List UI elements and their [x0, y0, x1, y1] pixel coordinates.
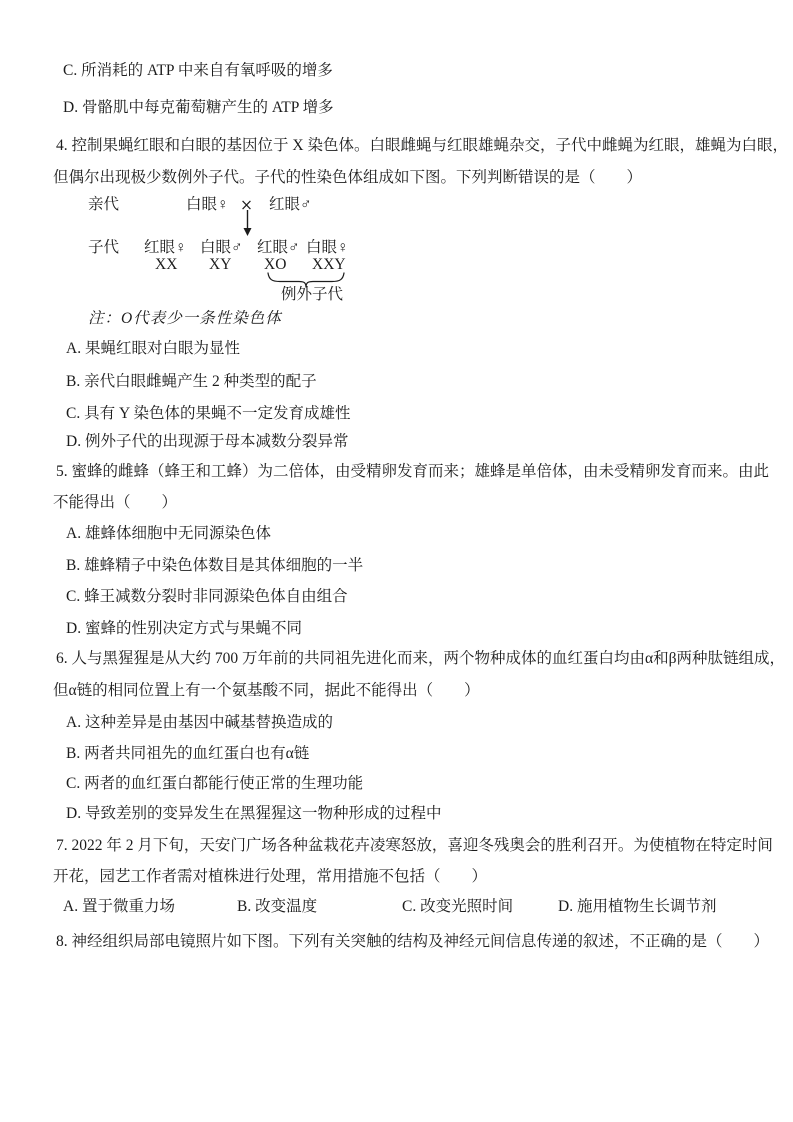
- q8-stem-line-1: 8. 神经组织局部电镜照片如下图。下列有关突触的结构及神经元间信息传递的叙述，不…: [56, 932, 769, 952]
- parent-male: 红眼♂: [269, 195, 312, 215]
- q7-stem-line-1: 7. 2022 年 2 月下旬，天安门广场各种盆栽花卉凌寒怒放，喜迎冬残奥会的胜…: [56, 836, 773, 856]
- q6-option-c: C. 两者的血红蛋白都能行使正常的生理功能: [66, 774, 363, 794]
- q5-option-b: B. 雄蜂精子中染色体数目是其体细胞的一半: [66, 556, 363, 576]
- q5-stem-line-1: 5. 蜜蜂的雌蜂（蜂王和工蜂）为二倍体，由受精卵发育而来；雄蜂是单倍体，由未受精…: [56, 462, 769, 482]
- exam-page: C. 所消耗的 ATP 中来自有氧呼吸的增多 D. 骨骼肌中每克葡萄糖产生的 A…: [0, 0, 793, 1122]
- offspring-karyotype-1: XX: [155, 255, 177, 275]
- q3-option-d: D. 骨骼肌中每克葡萄糖产生的 ATP 增多: [63, 98, 334, 118]
- q4-option-a: A. 果蝇红眼对白眼为显性: [66, 339, 240, 359]
- q7-option-b: B. 改变温度: [237, 897, 317, 917]
- offspring-karyotype-2: XY: [209, 255, 231, 275]
- q4-option-b: B. 亲代白眼雌蝇产生 2 种类型的配子: [66, 372, 317, 392]
- exception-label: 例外子代: [281, 285, 343, 305]
- offspring-row-label: 子代: [88, 238, 119, 258]
- q5-option-a: A. 雄蜂体细胞中无同源染色体: [66, 524, 271, 544]
- q6-stem-line-2: 但α链的相同位置上有一个氨基酸不同，据此不能得出（ ）: [53, 681, 480, 701]
- q5-stem-line-2: 不能得出（ ）: [53, 493, 177, 513]
- q4-stem-line-2: 但偶尔出现极少数例外子代。子代的性染色体组成如下图。下列判断错误的是（ ）: [53, 168, 642, 188]
- q4-option-c: C. 具有 Y 染色体的果蝇不一定发育成雄性: [66, 404, 350, 424]
- q5-option-d: D. 蜜蜂的性别决定方式与果蝇不同: [66, 619, 302, 639]
- q4-option-d: D. 例外子代的出现源于母本减数分裂异常: [66, 432, 348, 452]
- q6-option-b: B. 两者共同祖先的血红蛋白也有α链: [66, 744, 309, 764]
- q6-stem-line-1: 6. 人与黑猩猩是从大约 700 万年前的共同祖先进化而来，两个物种成体的血红蛋…: [56, 649, 785, 669]
- q5-option-c: C. 蜂王减数分裂时非同源染色体自由组合: [66, 587, 348, 607]
- q7-option-d: D. 施用植物生长调节剂: [558, 897, 716, 917]
- descent-arrow-icon: [241, 210, 254, 236]
- parent-female: 白眼♀: [186, 195, 229, 215]
- q7-stem-line-2: 开花，园艺工作者需对植株进行处理，常用措施不包括（ ）: [53, 867, 487, 887]
- q6-option-a: A. 这种差异是由基因中碱基替换造成的: [66, 713, 333, 733]
- q7-option-a: A. 置于微重力场: [63, 897, 175, 917]
- parent-row-label: 亲代: [88, 195, 119, 215]
- q6-option-d: D. 导致差别的变异发生在黑猩猩这一物种形成的过程中: [66, 804, 441, 824]
- q3-option-c: C. 所消耗的 ATP 中来自有氧呼吸的增多: [63, 61, 333, 81]
- diagram-note: 注：O代表少一条性染色体: [88, 309, 282, 329]
- q7-option-c: C. 改变光照时间: [402, 897, 513, 917]
- q4-stem-line-1: 4. 控制果蝇红眼和白眼的基因位于 X 染色体。白眼雌蝇与红眼雄蝇杂交，子代中雌…: [56, 136, 788, 156]
